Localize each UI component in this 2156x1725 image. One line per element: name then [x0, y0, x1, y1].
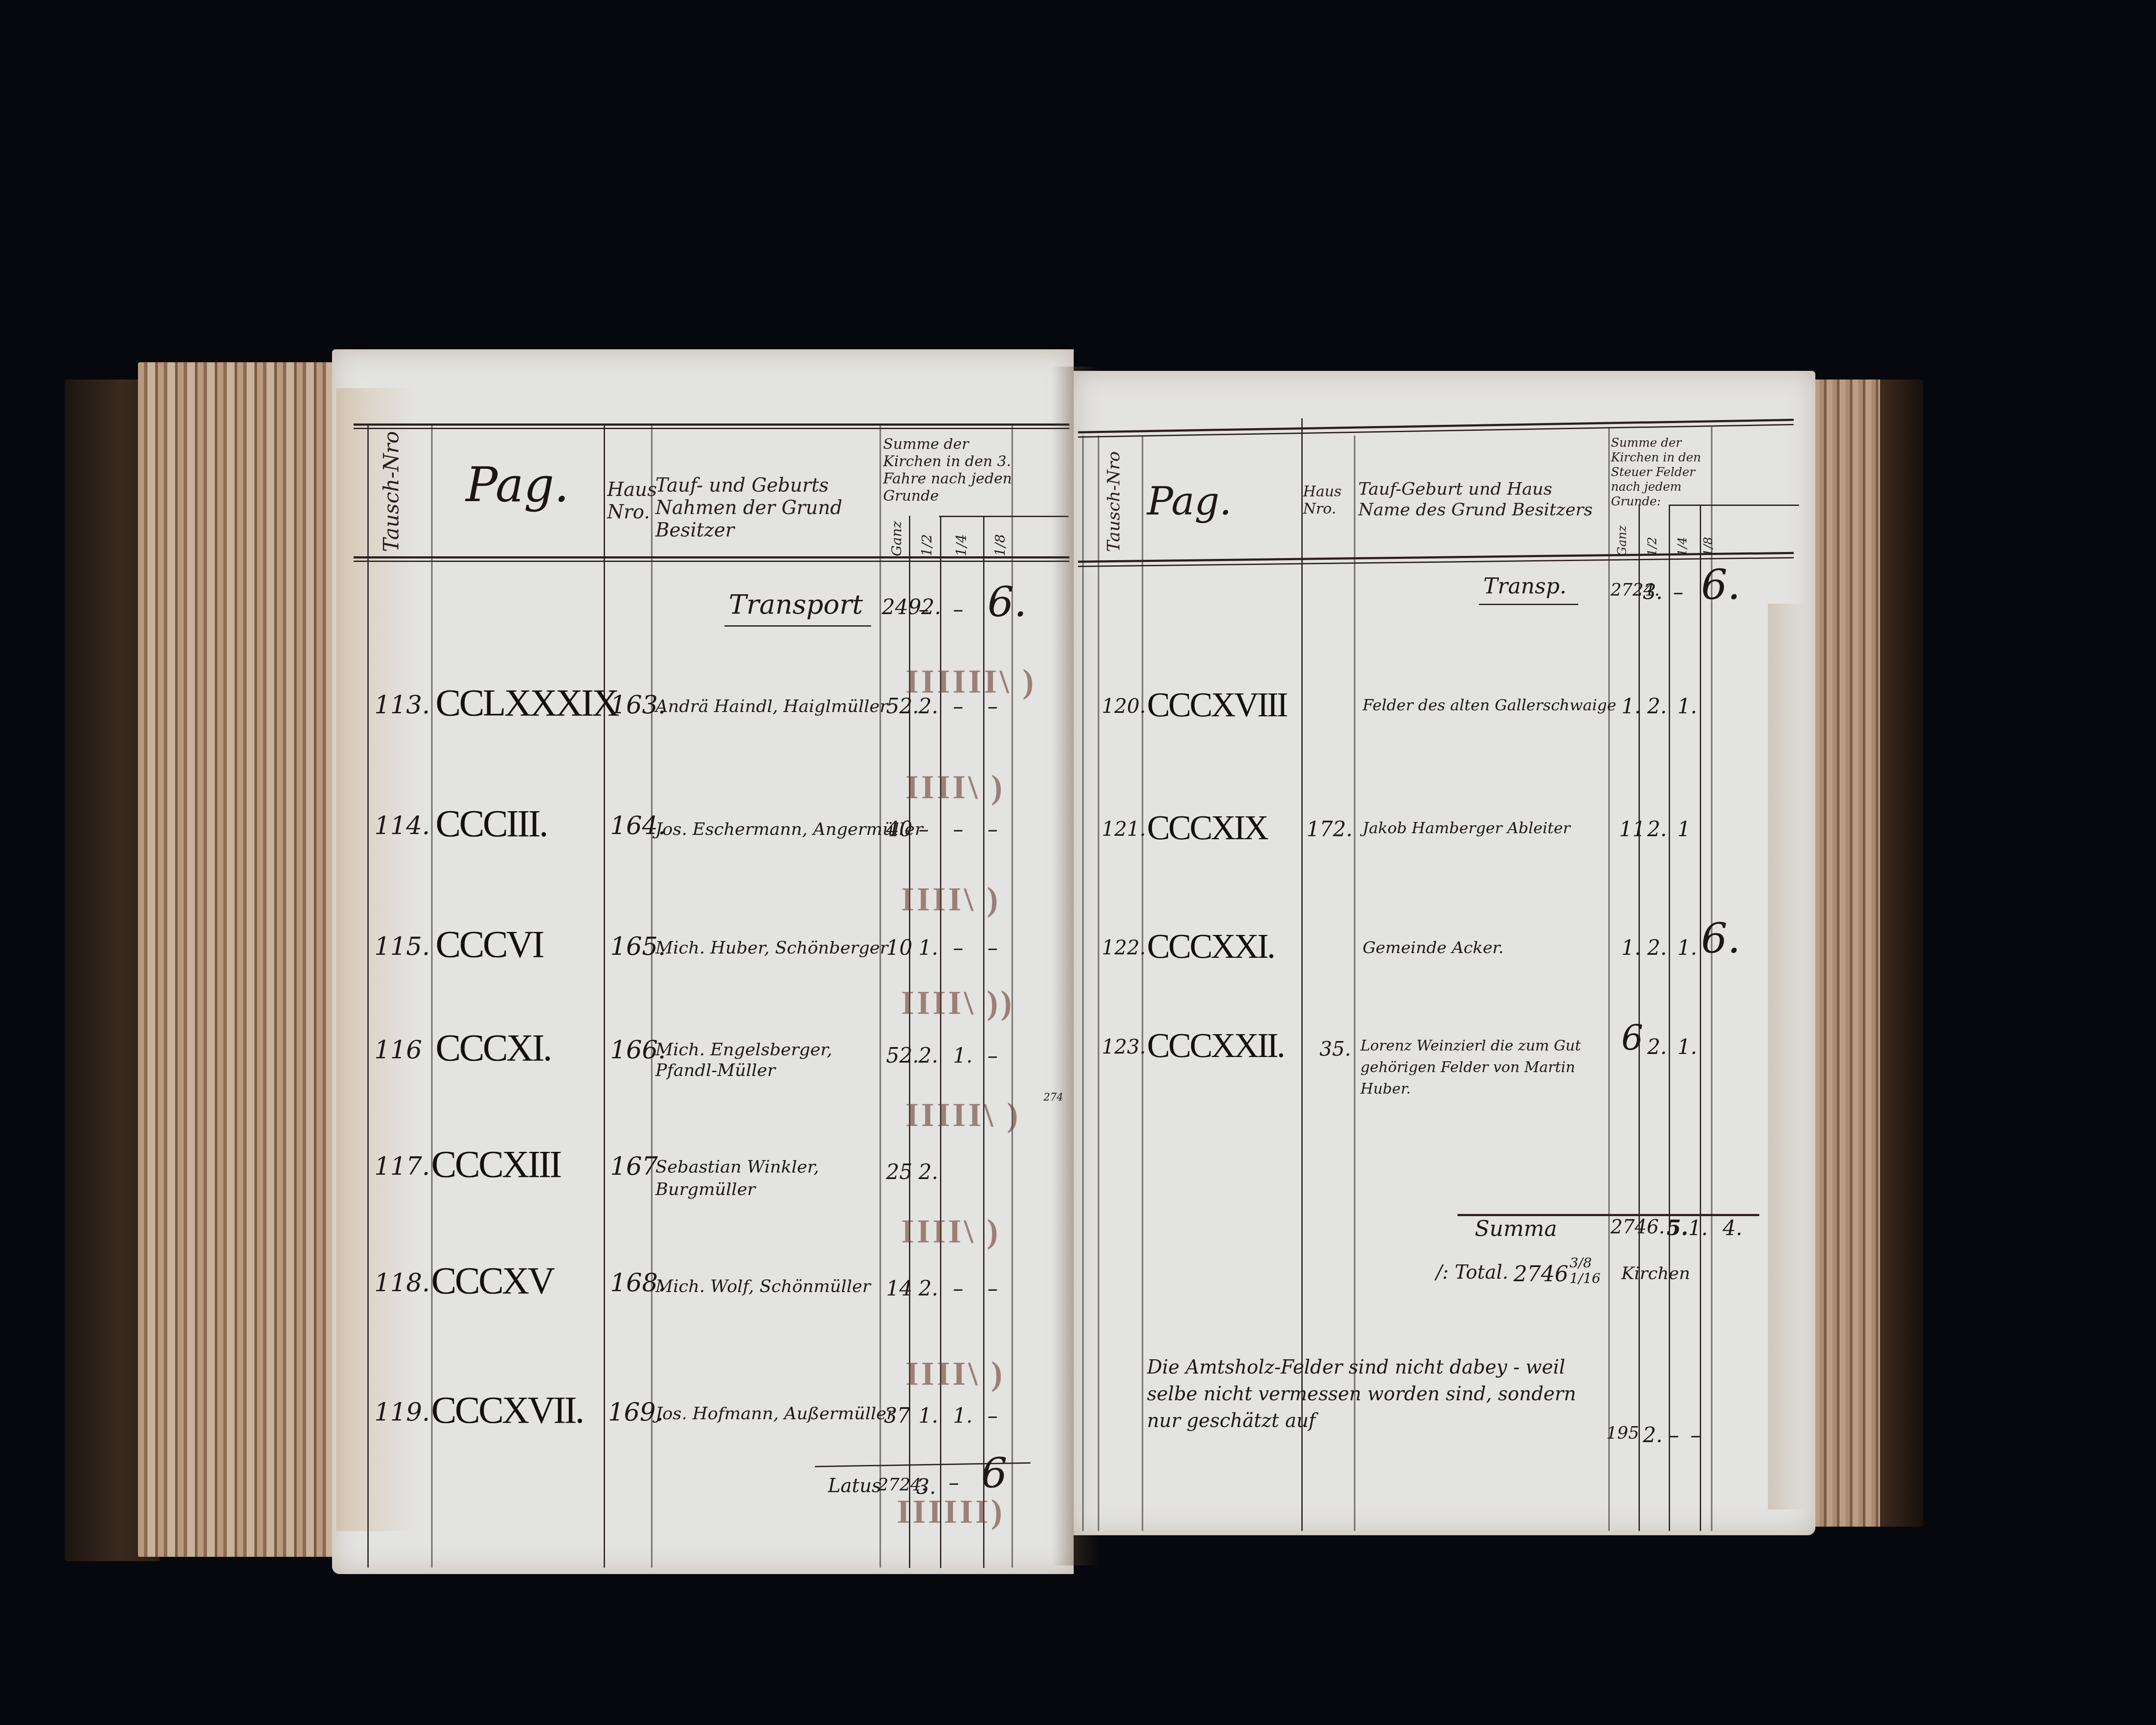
row-pag: CCCVI: [436, 923, 543, 966]
row-number: 117.: [374, 1151, 430, 1181]
col-divider: [367, 425, 369, 1568]
row-value-quarter: –: [953, 817, 963, 841]
tally-marks: IIII\ ): [901, 880, 1001, 919]
total-label: /: Total.: [1436, 1261, 1508, 1283]
col-divider: [1082, 436, 1086, 1531]
transport-value: –: [953, 597, 963, 621]
tally-marks: IIII\ ): [906, 1354, 1005, 1393]
row-number: 119.: [374, 1397, 430, 1427]
transport-value: 6.: [987, 578, 1027, 626]
row-value-ganz: 10: [886, 936, 912, 960]
row-value-half: 2.: [1647, 694, 1667, 718]
transport-value: 2492.: [882, 595, 941, 619]
row-number: 116: [374, 1035, 422, 1064]
row-number: 113.: [374, 690, 430, 719]
row-value-ganz: 14: [886, 1276, 912, 1301]
row-pag: CCCXIX: [1147, 809, 1267, 848]
row-pag: CCCXV: [431, 1259, 553, 1303]
tally-marks: IIIIII\ ): [906, 662, 1036, 701]
row-owner: Andrä Haindl, Haiglmüller: [655, 696, 888, 716]
transport-label: Transp.: [1483, 574, 1567, 599]
header-rule-top-2: [354, 428, 1069, 429]
row-value-half: 2.: [918, 1044, 938, 1068]
row-value-ganz: 52.: [886, 1044, 919, 1068]
transport-value: 6.: [1701, 561, 1741, 609]
row-number: 120.: [1102, 694, 1146, 718]
subheader-half: 1/2: [918, 534, 935, 557]
summa-value: 2746.: [1611, 1216, 1665, 1238]
latus-value: –: [949, 1471, 959, 1495]
row-owner: Mich. Huber, Schönberger: [655, 938, 888, 958]
transport-underline: [724, 625, 871, 627]
row-value-quarter: 1.: [953, 1044, 973, 1068]
row-value-ganz: 1.: [1621, 694, 1641, 718]
row-pag: CCCXIII: [431, 1143, 561, 1186]
col-divider: [604, 425, 605, 1568]
row-value-half: 2.: [1647, 936, 1667, 960]
row-value-eighth: –: [987, 936, 998, 960]
row-value-ganz: 25: [886, 1160, 912, 1184]
footnote: Die Amtsholz-Felder sind nicht dabey - w…: [1147, 1354, 1613, 1434]
tally-marks: IIII\ ): [906, 768, 1005, 806]
latus-label: Latus: [828, 1475, 881, 1497]
header-pag: Pag.: [1147, 479, 1232, 524]
header-haus-nro: Haus Nro.: [607, 479, 650, 524]
header-owner-names: Tauf-Geburt und Haus Name des Grund Besi…: [1358, 479, 1604, 520]
row-value-quarter: –: [953, 936, 963, 960]
header-rule-bottom: [354, 556, 1069, 558]
header-sum: Summe der Kirchen in den Steuer Felder n…: [1611, 436, 1710, 509]
row-owner: Jos. Eschermann, Angermüller: [655, 819, 923, 839]
header-tausch-nro: Tausch-Nro: [1104, 451, 1124, 552]
total-suffix: Kirchen: [1621, 1264, 1690, 1283]
tally-marks: IIII\ ): [901, 1212, 1001, 1251]
transport-label: Transport: [729, 589, 863, 620]
footnote-value: 195: [1606, 1423, 1639, 1443]
row-number: 122.: [1102, 936, 1146, 959]
header-rule-bottom-2: [354, 561, 1069, 562]
row-value-ganz: 40: [886, 817, 912, 841]
header-sum: Summe der Kirchen in den 3. Fahre nach j…: [883, 436, 1012, 505]
row-value-half: 2.: [918, 1276, 938, 1301]
page-edge-wear: [1768, 604, 1807, 1509]
row-number: 115.: [374, 931, 430, 961]
row-pag: CCCXXII.: [1147, 1026, 1284, 1066]
row-value-ganz: 37: [884, 1404, 910, 1428]
row-pag: CCCXVII.: [431, 1389, 583, 1432]
row-pag: CCCXXI.: [1147, 927, 1274, 966]
subheader-quarter: 1/4: [1675, 537, 1689, 556]
row-number: 114.: [374, 811, 430, 840]
subheader-eighth: 1/8: [992, 534, 1008, 557]
row-value-half: 2.: [1647, 817, 1667, 841]
summa-label: Summa: [1475, 1216, 1557, 1241]
row-haus-nro: 172.: [1307, 817, 1353, 841]
row-pag: CCCXVIII: [1147, 686, 1287, 725]
subheader-ganz: Ganz: [1615, 525, 1629, 556]
row-value-eighth: –: [987, 1044, 998, 1068]
subheader-half: 1/2: [1645, 537, 1659, 556]
latus-value: 6: [981, 1449, 1007, 1497]
row-value-ganz: 6: [1621, 1018, 1643, 1058]
row-number: 118.: [374, 1268, 430, 1297]
row-owner: Felder des alten Gallerschwaige: [1363, 696, 1616, 714]
row-pag: CCCIII.: [436, 802, 547, 846]
row-value-half: 2.: [1647, 1035, 1667, 1059]
row-value-ganz: 1.: [1621, 936, 1641, 960]
subheader-rule: [939, 516, 1069, 517]
row-owner: Sebastian Winkler, Burgmüller: [655, 1156, 862, 1201]
row-value-ganz: 11: [1619, 817, 1645, 841]
row-owner: Gemeinde Acker.: [1363, 938, 1504, 957]
row-value-quarter: 1.: [953, 1404, 973, 1428]
row-value-quarter: 1.: [1677, 936, 1697, 960]
row-owner: Jos. Hofmann, Außermüller: [655, 1404, 895, 1424]
subheader-ganz: Ganz: [888, 521, 905, 556]
transport-value: 3.: [1643, 580, 1663, 604]
footnote-value: –: [1690, 1423, 1701, 1447]
col-divider: [1700, 505, 1701, 1531]
row-pag: CCCXI.: [436, 1026, 551, 1070]
header-rule-top: [354, 423, 1069, 426]
summa-value: 4.: [1723, 1216, 1742, 1240]
row-value-quarter: 1.: [1677, 694, 1697, 718]
row-value-eighth: –: [987, 1276, 998, 1301]
row-owner: Mich. Wolf, Schönmüller: [655, 1276, 871, 1296]
transport-underline: [1479, 604, 1578, 605]
subheader-quarter: 1/4: [953, 534, 969, 557]
row-number: 121.: [1102, 817, 1146, 841]
row-pag: CCLXXXIX: [436, 681, 618, 725]
row-owner: Mich. Engelsberger, Pfandl-Müller: [655, 1039, 871, 1081]
header-pag: Pag.: [466, 457, 569, 512]
row-value-half: 1.: [918, 936, 938, 960]
row-value-half: 2.: [918, 1160, 938, 1184]
footnote-value: 2.: [1643, 1423, 1663, 1447]
row-haus-nro: 167: [610, 1151, 658, 1181]
row-value-quarter: –: [953, 1276, 963, 1301]
row-number: 123.: [1102, 1035, 1146, 1058]
header-owner-names: Tauf- und Geburts Nahmen der Grund Besit…: [655, 474, 875, 542]
row-value-eighth: 6.: [1701, 914, 1741, 963]
row-value-quarter: 1.: [1677, 1035, 1697, 1059]
footnote-value: –: [1669, 1423, 1679, 1447]
header-tausch-nro: Tausch-Nro: [379, 431, 404, 552]
tally-marks: IIIIII): [897, 1492, 1005, 1531]
row-value-eighth: –: [987, 817, 998, 841]
row-value-half: –: [918, 817, 929, 841]
subheader-eighth: 1/8: [1701, 537, 1715, 556]
transport-value: –: [1673, 580, 1683, 604]
row-value-half: 1.: [918, 1404, 938, 1428]
total-fraction: 3/8 1/16: [1570, 1255, 1613, 1286]
col-divider: [1098, 436, 1102, 1531]
header-haus-nro: Haus Nro.: [1303, 483, 1351, 517]
summa-value: 1.: [1688, 1216, 1708, 1240]
tally-marks: IIIII\ ): [906, 1095, 1021, 1134]
col-divider: [651, 425, 655, 1568]
row-owner: Lorenz Weinzierl die zum Gut gehörigen F…: [1360, 1035, 1602, 1100]
page-edges-left: [138, 362, 345, 1557]
row-value-eighth: –: [987, 1404, 998, 1428]
total-value: 2746: [1514, 1261, 1568, 1286]
summa-value: 5.: [1667, 1216, 1688, 1240]
col-divider: [1142, 436, 1146, 1531]
row-value-quarter: 1: [1677, 817, 1691, 841]
transport-value: –: [918, 597, 929, 621]
row-haus-nro: 35.: [1319, 1037, 1351, 1060]
tally-marks: IIII\ )): [901, 983, 1015, 1022]
row-owner: Jakob Hamberger Ableiter: [1363, 819, 1570, 837]
col-divider: [1669, 505, 1670, 1531]
